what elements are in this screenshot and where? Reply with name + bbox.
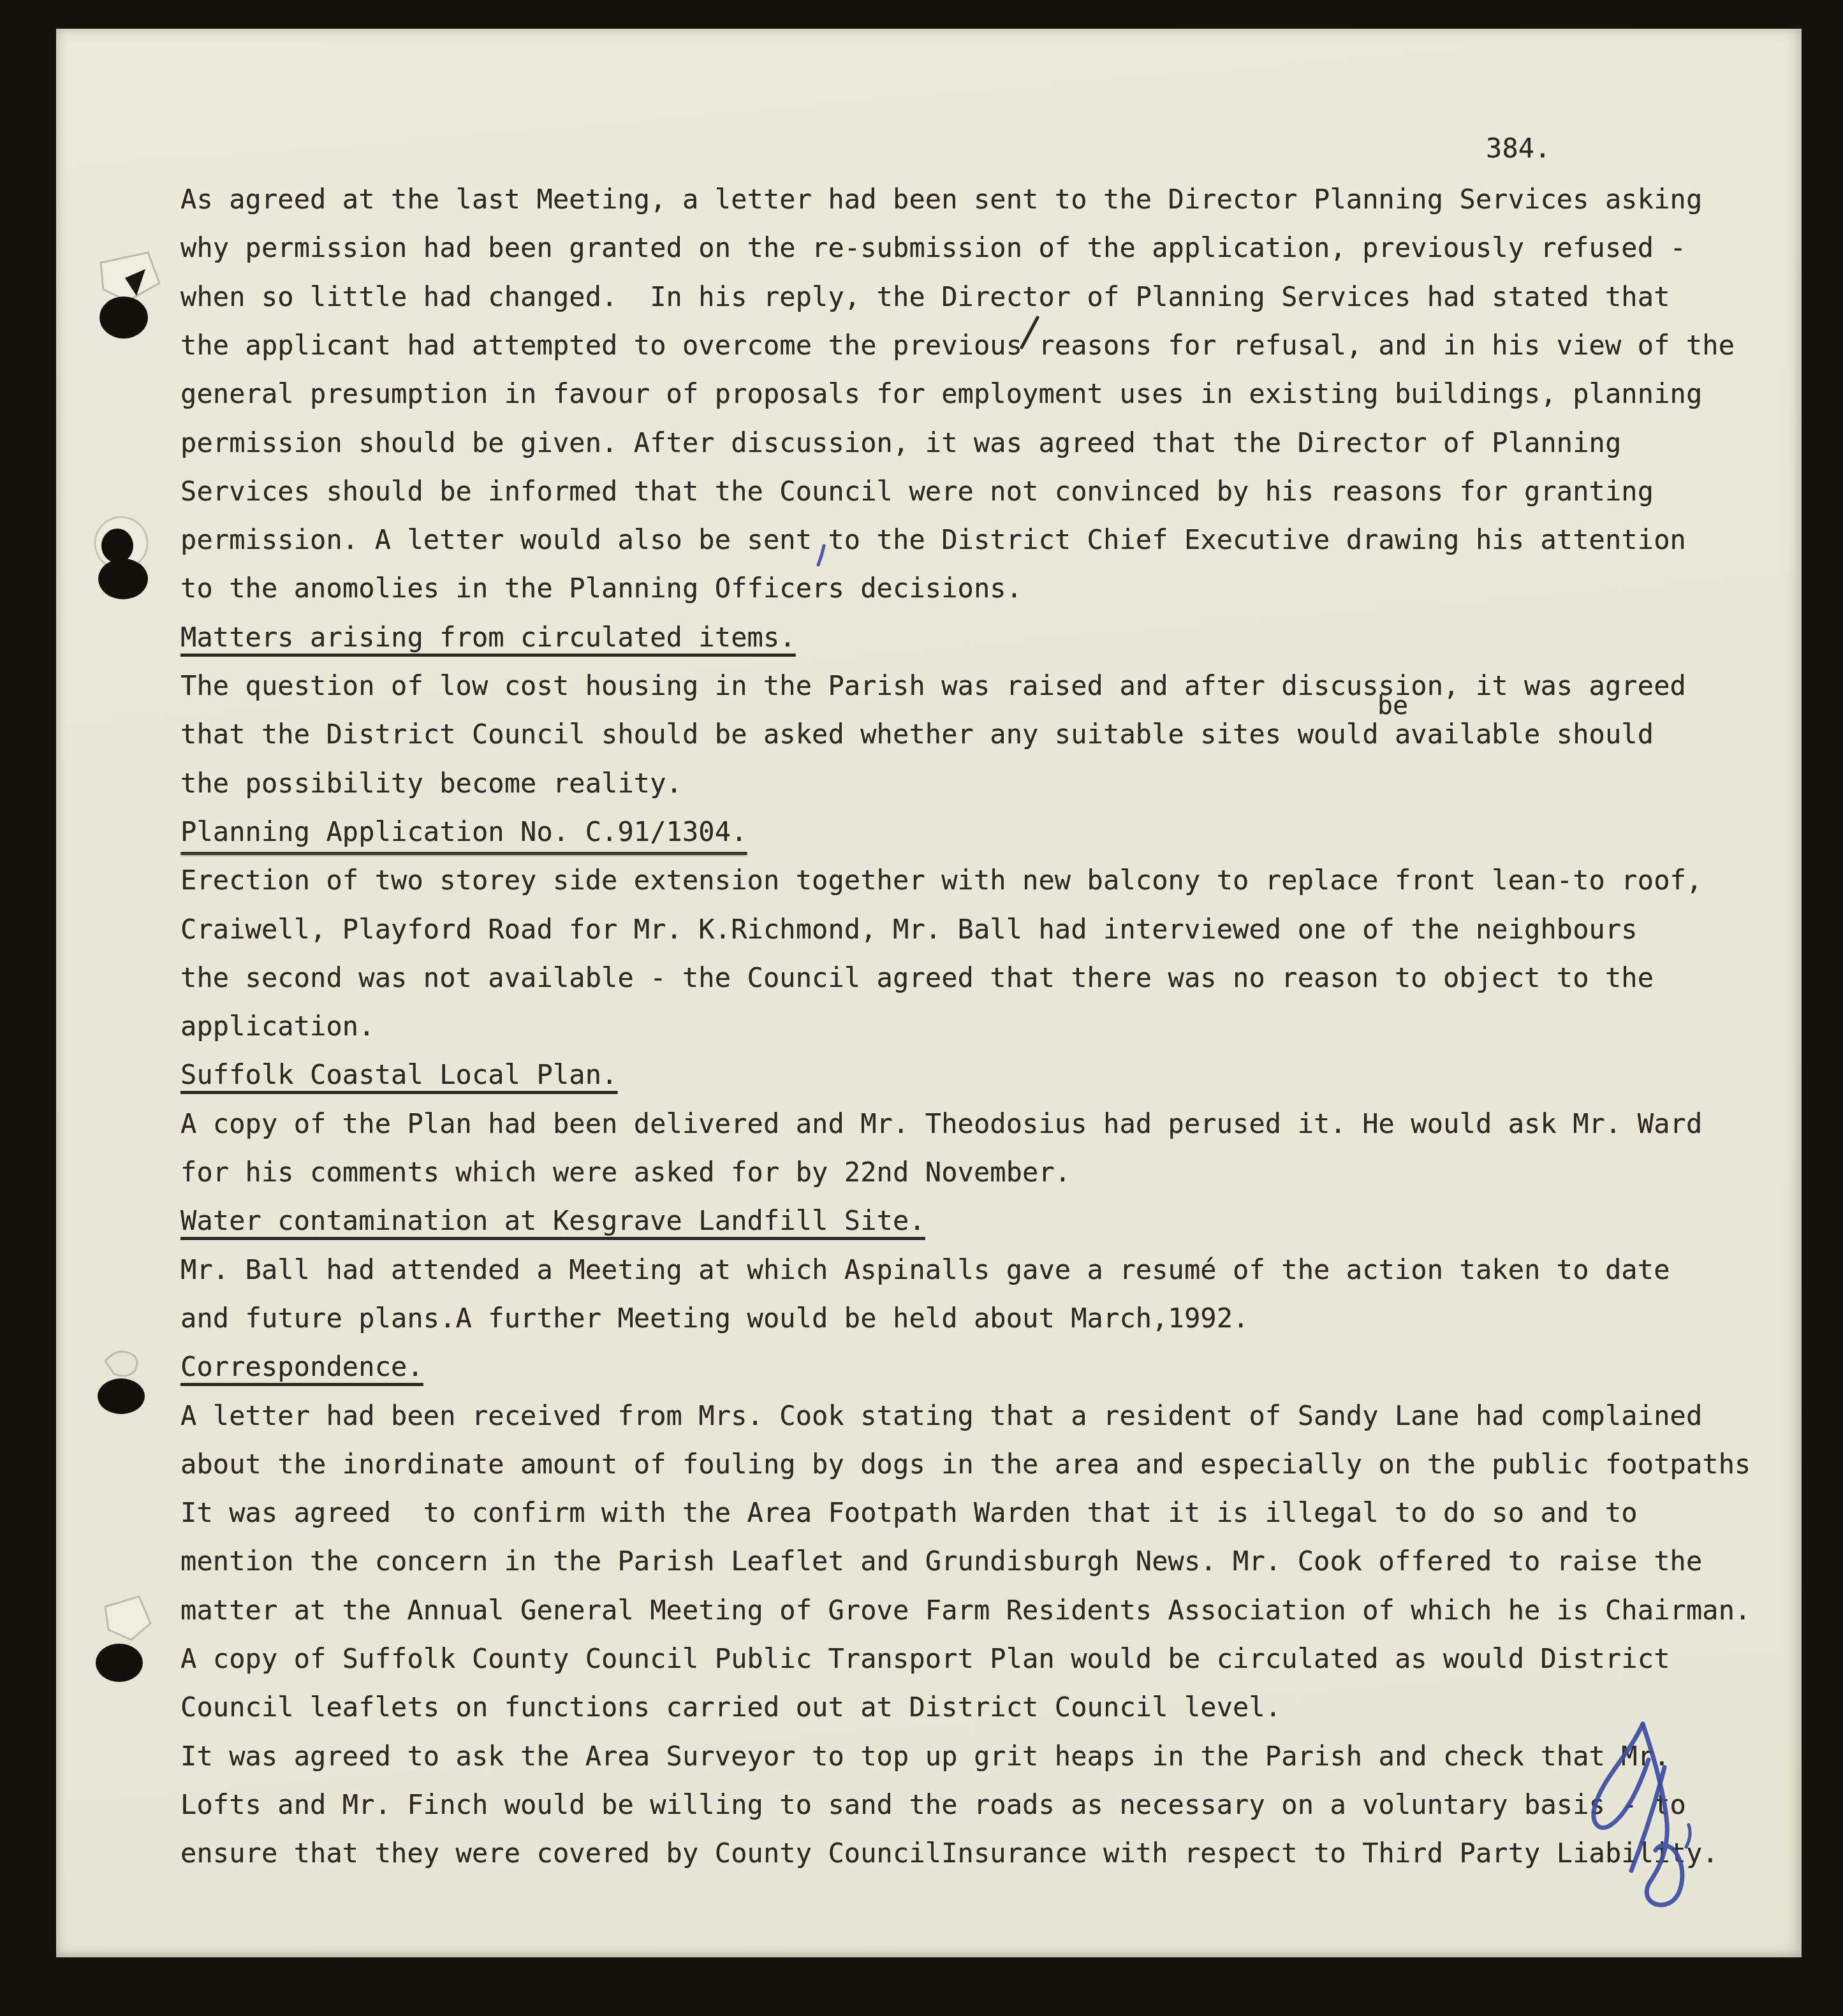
- hole-punch: [99, 252, 159, 339]
- handwritten-apostrophe-mark: [818, 546, 824, 565]
- signature-comma-stroke: [1686, 1825, 1690, 1847]
- signature-cross-stroke: [1631, 1767, 1664, 1871]
- hole-punch-circle: [99, 296, 148, 339]
- signature-ink: [1594, 1724, 1690, 1905]
- correction-slash-mark: [1022, 318, 1038, 347]
- scan-background: { "page": { "number_label": "384.", "bac…: [0, 0, 1843, 2016]
- signature-loop-stroke: [1594, 1724, 1648, 1828]
- hole-punch: [95, 517, 148, 599]
- torn-flap: [105, 1596, 151, 1640]
- hole-punch-circle: [96, 1644, 143, 1682]
- hole-punch: [96, 1596, 151, 1682]
- hole-punch-circle: [98, 559, 148, 599]
- torn-flap-shadow: [101, 529, 133, 563]
- hole-punch-circle: [98, 1378, 145, 1414]
- scan-artifacts-overlay: [0, 0, 1843, 2016]
- signature-main-stroke: [1643, 1724, 1682, 1905]
- torn-flap: [105, 1352, 137, 1376]
- hole-punch: [98, 1352, 145, 1414]
